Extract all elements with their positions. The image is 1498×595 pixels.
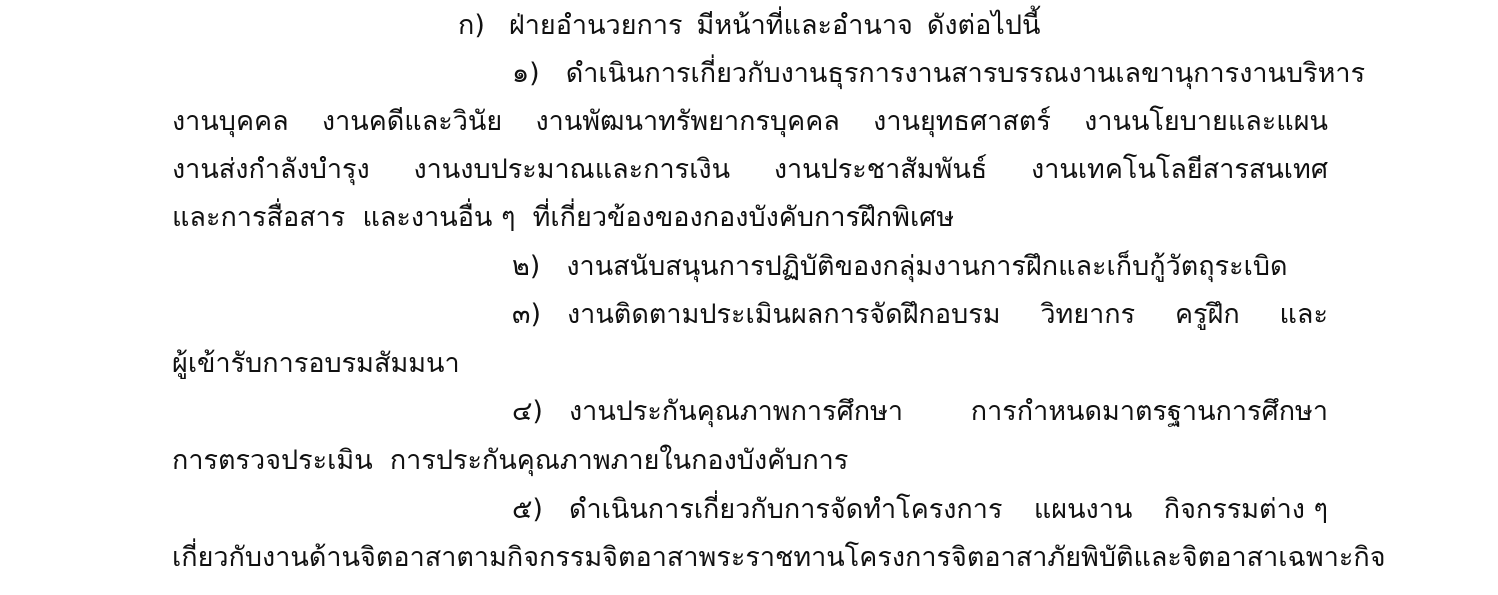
text-segment: งานพัฒนาทรัพยากรบุคคล [536, 98, 840, 146]
item-5-line-1: ๕)ดำเนินการเกี่ยวกับการจัดทำโครงการ แผนง… [512, 486, 1328, 534]
text-segment: โครงการจิตอาสาภัยพิบัติและจิตอาสาเฉพาะกิ… [845, 534, 1386, 582]
heading-part: ดังต่อไปนี้ [927, 10, 1041, 41]
text-segment: การกำหนดมาตรฐานการศึกษา [971, 388, 1328, 436]
text-segment: ครูฝึก [1175, 291, 1240, 339]
text-segment: งานยุทธศาสตร์ [873, 98, 1051, 146]
text-segment: และ [1280, 291, 1328, 339]
text-segment: กิจกรรมต่าง ๆ [1164, 486, 1328, 534]
text-segment: งานบุคคล [172, 98, 289, 146]
item-marker: ๓)งานติดตามประเมินผลการจัดฝึกอบรม [512, 291, 1001, 339]
item-1-line-3: งานส่งกำลังบำรุง งานงบประมาณและการเงิน ง… [172, 146, 1328, 194]
text-segment: เกี่ยวกับงานด้านจิตอาสาตามกิจกรรมจิตอาสา… [172, 534, 845, 582]
item-4-line-2: การตรวจประเมิน การประกันคุณภาพภายในกองบั… [172, 437, 848, 485]
item-3-line-2: ผู้เข้ารับการอบรมสัมมนา [172, 340, 460, 388]
document-page: ก)ฝ่ายอำนวยการมีหน้าที่และอำนาจดังต่อไปน… [0, 0, 1498, 595]
heading-part: มีหน้าที่และอำนาจ [697, 10, 913, 41]
item-3-line-1: ๓)งานติดตามประเมินผลการจัดฝึกอบรม วิทยาก… [512, 291, 1328, 339]
item-marker: ๕)ดำเนินการเกี่ยวกับการจัดทำโครงการ [512, 486, 1002, 534]
text-segment: งานส่งกำลังบำรุง [172, 146, 370, 194]
text-segment: แผนงาน [1034, 486, 1132, 534]
item-2-line-1: ๒)งานสนับสนุนการปฏิบัติของกลุ่มงานการฝึก… [512, 243, 1288, 291]
item-marker: ๒) [512, 243, 540, 291]
text-segment: งานนโยบายและแผน [1084, 98, 1328, 146]
item-4-line-1: ๔)งานประกันคุณภาพการศึกษา การกำหนดมาตรฐา… [512, 388, 1328, 436]
text-segment: งานเลขานุการ [1069, 50, 1240, 98]
item-marker: ๑)ดำเนินการเกี่ยวกับงานธุรการ [512, 50, 904, 98]
item-1-line-2: งานบุคคล งานคดีและวินัย งานพัฒนาทรัพยากร… [172, 98, 1328, 146]
section-heading: ก)ฝ่ายอำนวยการมีหน้าที่และอำนาจดังต่อไปน… [458, 2, 1040, 50]
item-1-line-4: และการสื่อสาร และงานอื่น ๆ ที่เกี่ยวข้อง… [172, 194, 954, 242]
section-marker: ก) [458, 2, 485, 50]
item-5-line-2: เกี่ยวกับงานด้านจิตอาสาตามกิจกรรมจิตอาสา… [172, 534, 1328, 582]
item-1-line-1: ๑)ดำเนินการเกี่ยวกับงานธุรการ งานสารบรรณ… [512, 50, 1328, 98]
text-segment: งานคดีและวินัย [322, 98, 502, 146]
heading-part: ฝ่ายอำนวยการ [509, 10, 683, 41]
text-segment: งานสารบรรณ [904, 50, 1068, 98]
text-segment: วิทยากร [1040, 291, 1135, 339]
text-segment: งานงบประมาณและการเงิน [413, 146, 730, 194]
item-marker: ๔)งานประกันคุณภาพการศึกษา [512, 388, 903, 436]
text-segment: งานประชาสัมพันธ์ [774, 146, 987, 194]
text-segment: งานบริหาร [1239, 50, 1365, 98]
text-segment: งานสนับสนุนการปฏิบัติของกลุ่มงานการฝึกแล… [566, 251, 1287, 282]
text-segment: งานเทคโนโลยีสารสนเทศ [1031, 146, 1328, 194]
